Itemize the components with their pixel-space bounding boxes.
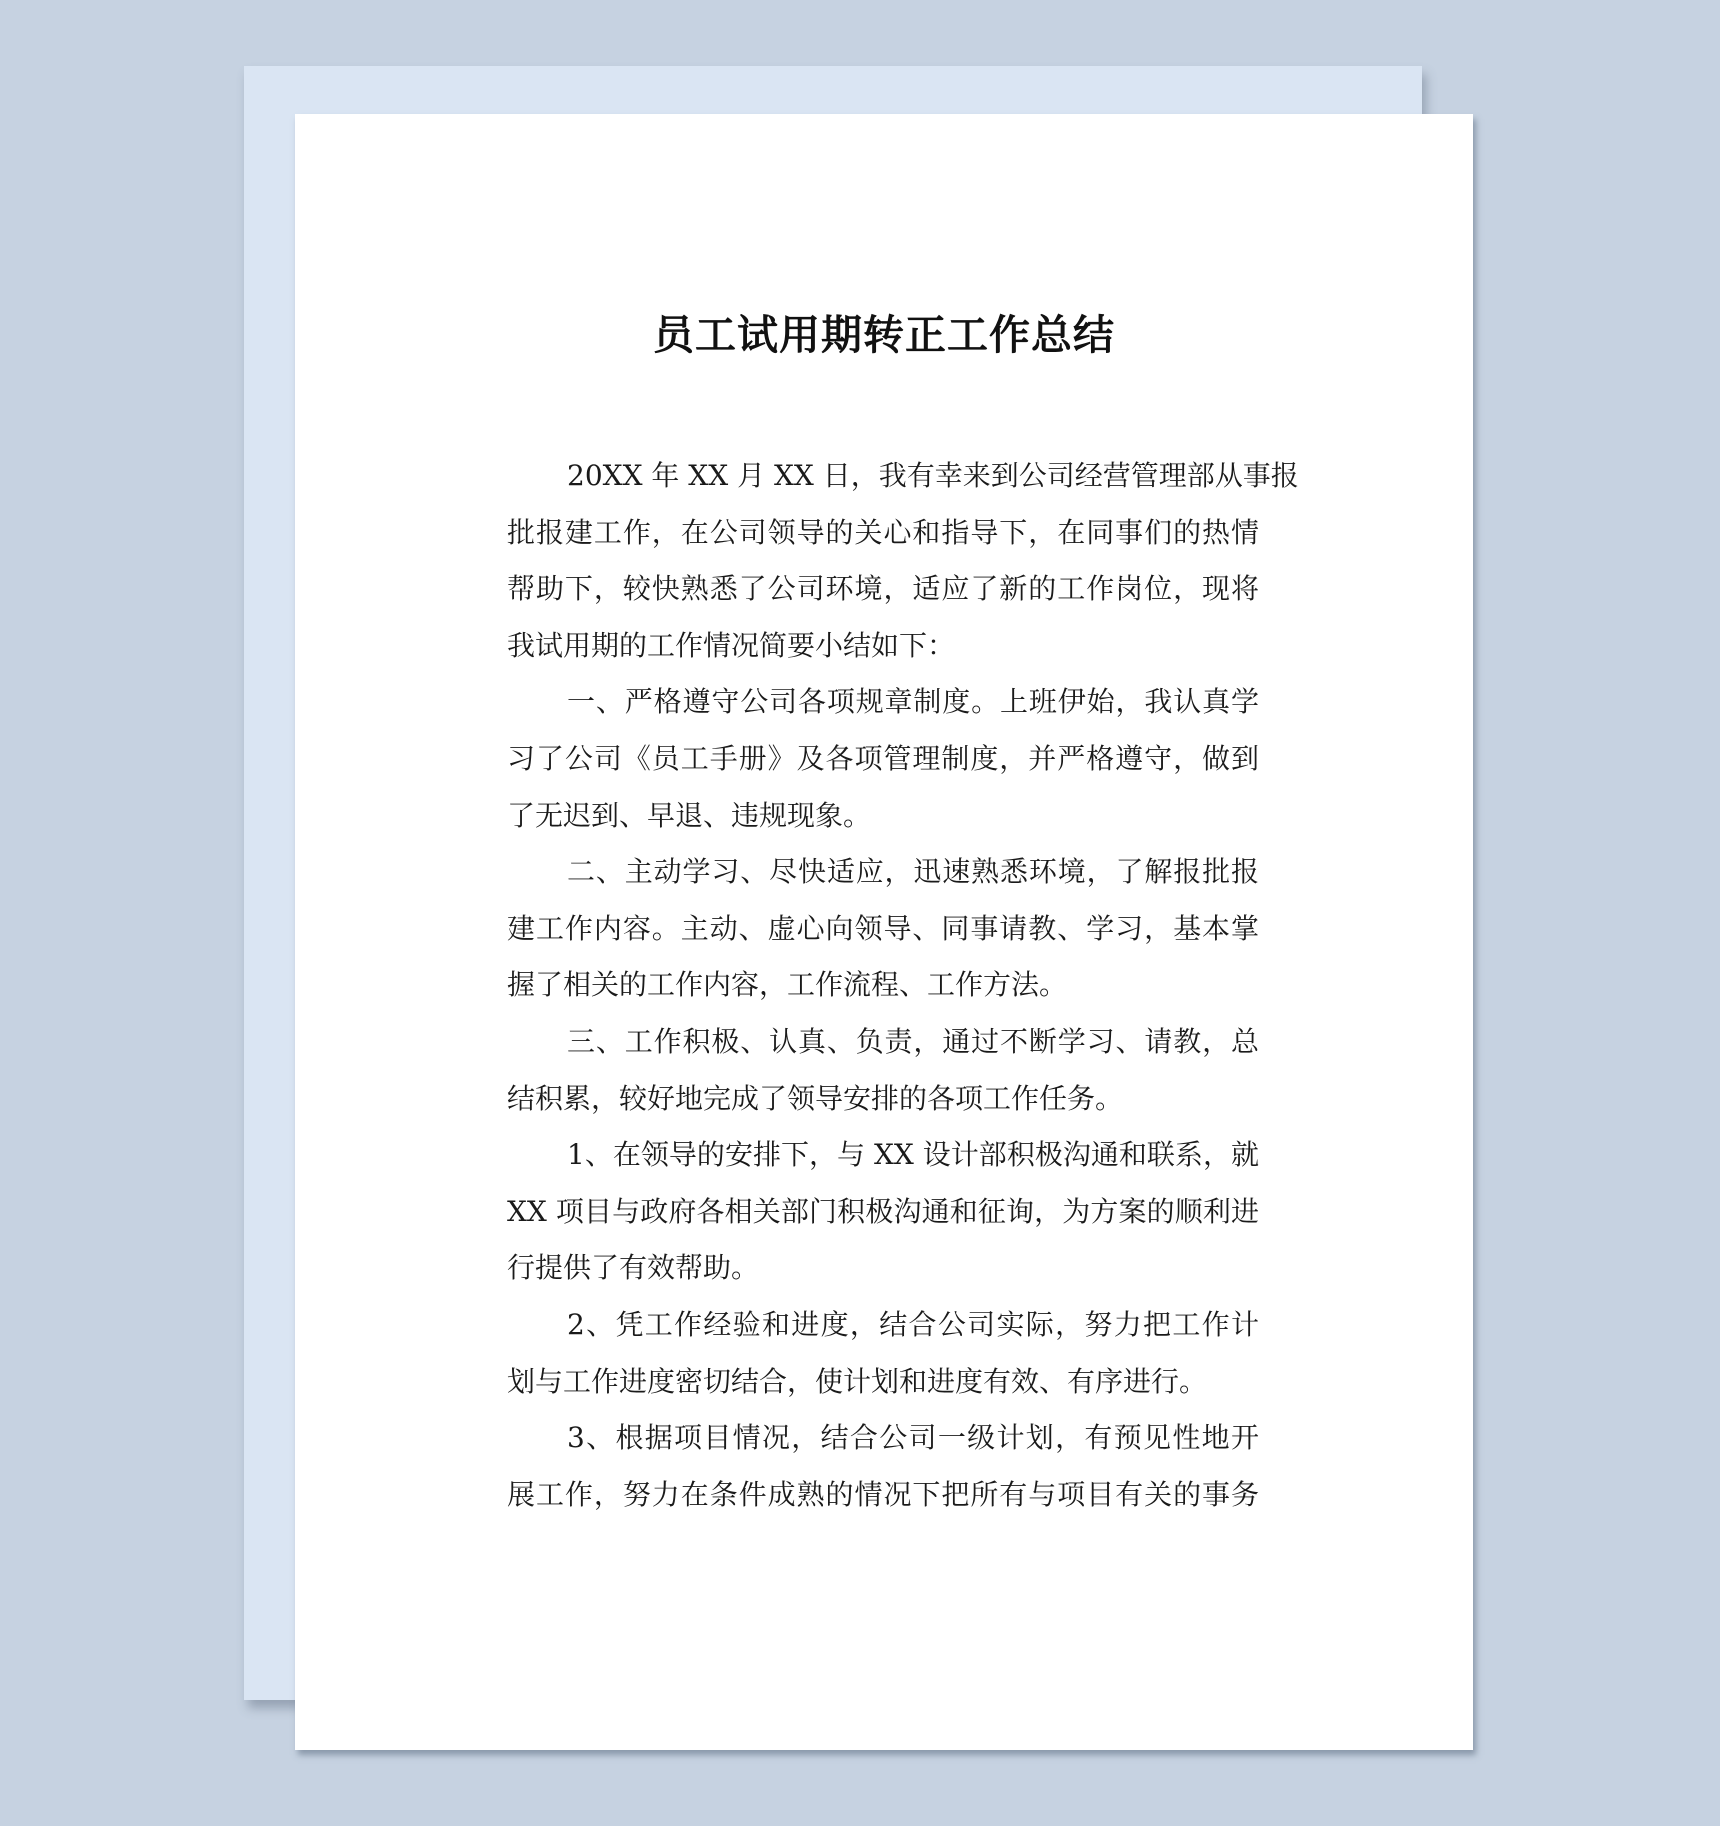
body-line: 划与工作进度密切结合，使计划和进度有效、有序进行。 [507,1354,1259,1411]
body-line: 二、主动学习、尽快适应，迅速熟悉环境，了解报批报 [507,844,1259,901]
body-line: 我试用期的工作情况简要小结如下： [507,618,1259,675]
body-line: 建工作内容。主动、虚心向领导、同事请教、学习，基本掌 [507,901,1259,958]
document-body: 20XX 年 XX 月 XX 日，我有幸来到公司经营管理部从事报 批报建工作，在… [507,448,1259,1523]
body-line: 结积累，较好地完成了领导安排的各项工作任务。 [507,1071,1259,1128]
body-line: 一、严格遵守公司各项规章制度。上班伊始，我认真学 [507,674,1259,731]
body-line: 1、在领导的安排下，与 XX 设计部积极沟通和联系，就 [507,1127,1259,1184]
body-line: 展工作，努力在条件成熟的情况下把所有与项目有关的事务 [507,1467,1259,1524]
body-line: 握了相关的工作内容，工作流程、工作方法。 [507,957,1259,1014]
body-line: 3、根据项目情况，结合公司一级计划，有预见性地开 [507,1410,1259,1467]
body-line: 批报建工作，在公司领导的关心和指导下，在同事们的热情 [507,505,1259,562]
body-line: 习了公司《员工手册》及各项管理制度，并严格遵守，做到 [507,731,1259,788]
body-line: 行提供了有效帮助。 [507,1240,1259,1297]
body-line: 了无迟到、早退、违规现象。 [507,788,1259,845]
body-line: 20XX 年 XX 月 XX 日，我有幸来到公司经营管理部从事报 [507,448,1259,505]
body-line: XX 项目与政府各相关部门积极沟通和征询，为方案的顺利进 [507,1184,1259,1241]
document-page: 员工试用期转正工作总结 20XX 年 XX 月 XX 日，我有幸来到公司经营管理… [295,114,1473,1750]
body-line: 帮助下，较快熟悉了公司环境，适应了新的工作岗位，现将 [507,561,1259,618]
body-line: 2、凭工作经验和进度，结合公司实际，努力把工作计 [507,1297,1259,1354]
body-line: 三、工作积极、认真、负责，通过不断学习、请教，总 [507,1014,1259,1071]
document-title: 员工试用期转正工作总结 [295,310,1473,360]
